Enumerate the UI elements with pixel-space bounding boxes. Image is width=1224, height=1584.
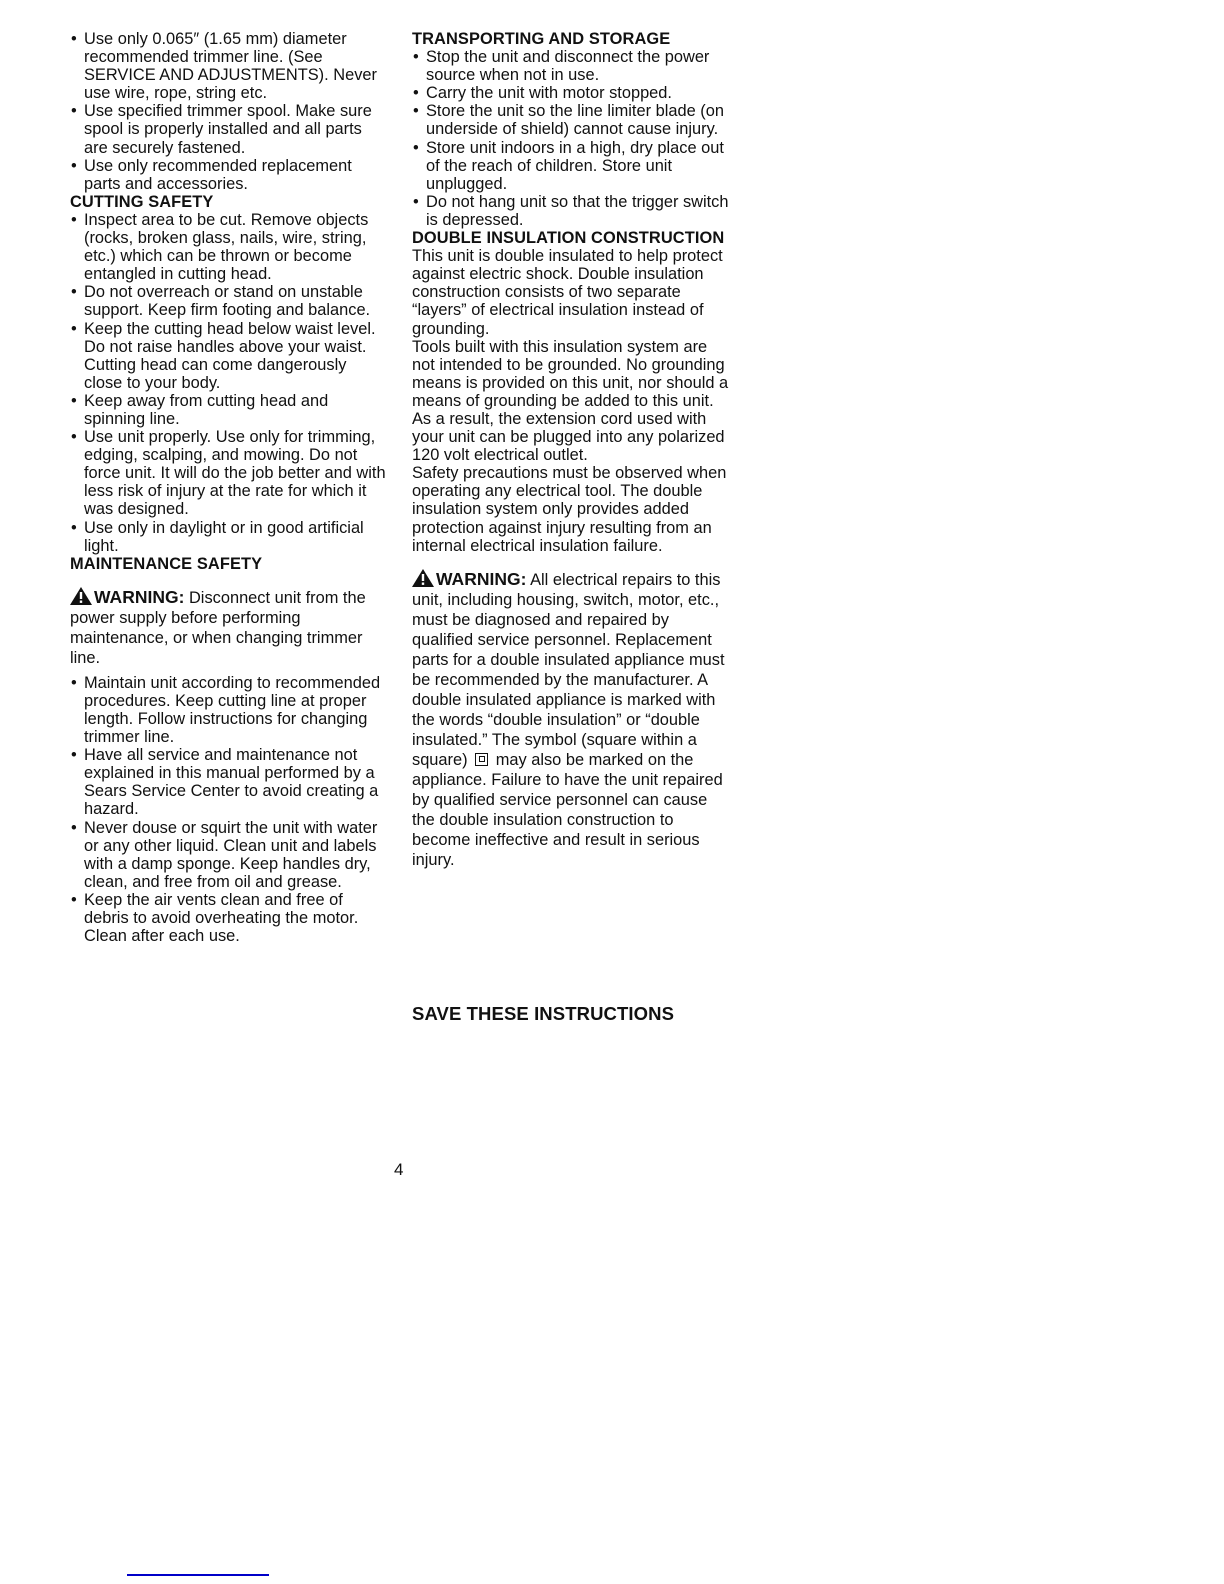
paragraph: Tools built with this insulation system …: [412, 338, 730, 465]
double-insulation-heading: DOUBLE INSULATION CONSTRUCTION: [412, 229, 730, 247]
list-item: Use specified trimmer spool. Make sure s…: [70, 102, 388, 156]
list-item: Keep the cutting head below waist level.…: [70, 320, 388, 392]
list-item: Keep the air vents clean and free of deb…: [70, 891, 388, 945]
bottom-rule: [127, 1574, 269, 1576]
left-column: Use only 0.065″ (1.65 mm) diameter recom…: [70, 30, 388, 945]
warning-text: All electrical repairs to this unit, inc…: [412, 571, 725, 769]
transporting-storage-heading: TRANSPORTING AND STORAGE: [412, 30, 730, 48]
save-instructions-heading: SAVE THESE INSTRUCTIONS: [412, 1005, 674, 1023]
list-item: Store unit indoors in a high, dry place …: [412, 139, 730, 193]
list-item: Inspect area to be cut. Remove objects (…: [70, 211, 388, 283]
paragraph: This unit is double insulated to help pr…: [412, 247, 730, 337]
double-insulation-symbol-icon: [475, 753, 488, 766]
list-item: Do not hang unit so that the trigger swi…: [412, 193, 730, 229]
list-item: Carry the unit with motor stopped.: [412, 84, 730, 102]
electrical-repair-warning: WARNING: All electrical repairs to this …: [412, 569, 730, 870]
list-item: Stop the unit and disconnect the power s…: [412, 48, 730, 84]
transporting-storage-list: Stop the unit and disconnect the power s…: [412, 48, 730, 229]
cutting-safety-list: Inspect area to be cut. Remove objects (…: [70, 211, 388, 555]
right-column: TRANSPORTING AND STORAGE Stop the unit a…: [412, 30, 730, 870]
cutting-safety-heading: CUTTING SAFETY: [70, 193, 388, 211]
paragraph: Safety precautions must be observed when…: [412, 464, 730, 554]
maintenance-safety-heading: MAINTENANCE SAFETY: [70, 555, 388, 573]
list-item: Use only in daylight or in good artifici…: [70, 519, 388, 555]
list-item: Use unit properly. Use only for trimming…: [70, 428, 388, 518]
warning-triangle-icon: [412, 569, 434, 587]
list-item: Maintain unit according to recommended p…: [70, 674, 388, 746]
list-item: Use only 0.065″ (1.65 mm) diameter recom…: [70, 30, 388, 102]
maintenance-safety-list: Maintain unit according to recommended p…: [70, 674, 388, 945]
maintenance-warning: WARNING: Disconnect unit from the power …: [70, 587, 388, 668]
list-item: Do not overreach or stand on unstable su…: [70, 283, 388, 319]
warning-triangle-icon: [70, 587, 92, 605]
warning-label: WARNING:: [436, 569, 526, 589]
list-item: Use only recommended replacement parts a…: [70, 157, 388, 193]
intro-bullet-list: Use only 0.065″ (1.65 mm) diameter recom…: [70, 30, 388, 193]
page-number: 4: [394, 1160, 403, 1180]
warning-label: WARNING:: [94, 587, 184, 607]
list-item: Keep away from cutting head and spinning…: [70, 392, 388, 428]
list-item: Never douse or squirt the unit with wate…: [70, 819, 388, 891]
list-item: Store the unit so the line limiter blade…: [412, 102, 730, 138]
list-item: Have all service and maintenance not exp…: [70, 746, 388, 818]
